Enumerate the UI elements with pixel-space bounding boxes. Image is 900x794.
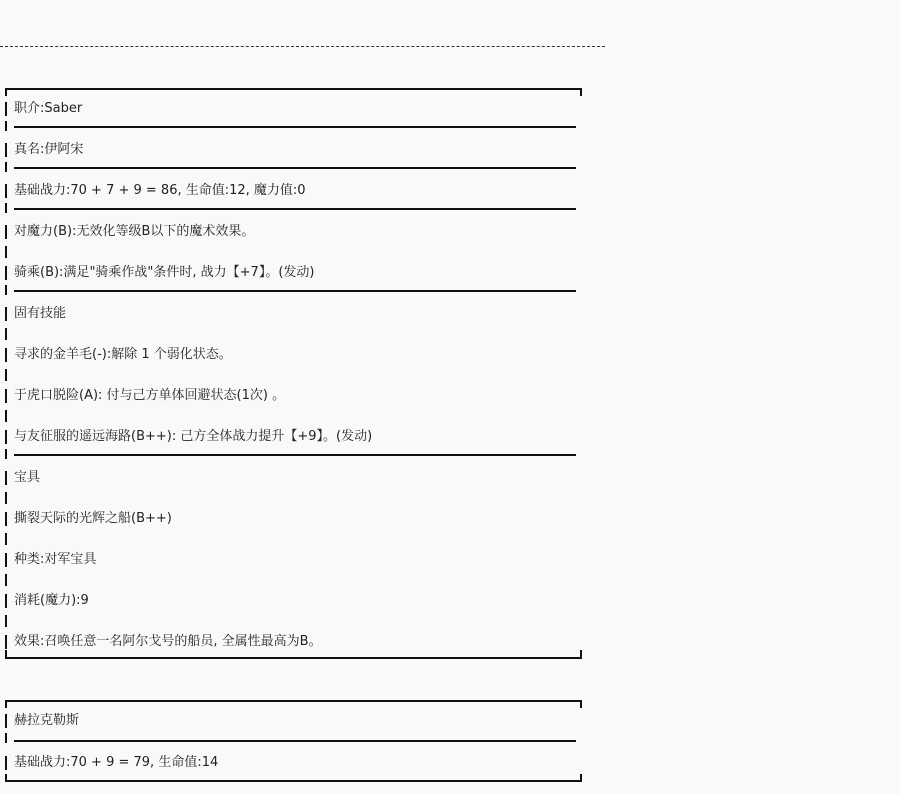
- border-segment: [5, 492, 7, 504]
- personal-skill: 寻求的金羊毛(-):解除 1 个弱化状态。: [5, 345, 232, 365]
- card-bottom-border: [5, 780, 582, 782]
- border-segment: [5, 162, 7, 172]
- summon-stats-line: 基础战力:70 + 9 = 79, 生命值:14: [5, 753, 218, 773]
- card-corner: [580, 700, 582, 708]
- noble-phantasm-header: 宝具: [5, 468, 40, 488]
- servant-card: 职介:Saber 真名:伊阿宋 基础战力:70 + 7 + 9 = 86, 生命…: [5, 88, 582, 660]
- noble-phantasm-effect: 效果:召唤任意一名阿尔戈号的船员, 全属性最高为B。: [5, 632, 322, 652]
- class-line: 职介:Saber: [5, 99, 82, 119]
- border-segment: [5, 410, 7, 422]
- border-segment: [5, 285, 7, 295]
- border-segment: [5, 328, 7, 340]
- summon-card: 赫拉克勒斯 基础战力:70 + 9 = 79, 生命值:14: [5, 700, 582, 784]
- border-segment: [5, 733, 7, 743]
- noble-phantasm-name: 撕裂天际的光辉之船(B++): [5, 509, 172, 529]
- class-skill: 对魔力(B):无效化等级B以下的魔术效果。: [5, 222, 254, 242]
- border-segment: [5, 615, 7, 627]
- border-segment: [5, 121, 7, 131]
- section-divider: [14, 454, 576, 456]
- personal-skill: 与友征服的遥远海路(B++): 己方全体战力提升【+9】。(发动): [5, 427, 372, 447]
- noble-phantasm-cost: 消耗(魔力):9: [5, 591, 89, 611]
- card-corner: [5, 88, 7, 96]
- section-divider: [14, 208, 576, 210]
- summon-name-line: 赫拉克勒斯: [5, 711, 79, 731]
- personal-skill: 于虎口脱险(A): 付与己方单体回避状态(1次) 。: [5, 386, 285, 406]
- section-divider: [14, 126, 576, 128]
- personal-skills-header: 固有技能: [5, 304, 66, 324]
- true-name-line: 真名:伊阿宋: [5, 140, 83, 160]
- border-segment: [5, 574, 7, 586]
- card-corner: [580, 88, 582, 96]
- class-skill: 骑乘(B):满足"骑乘作战"条件时, 战力【+7】。(发动): [5, 263, 314, 283]
- border-segment: [5, 246, 7, 258]
- border-segment: [5, 449, 7, 459]
- noble-phantasm-type: 种类:对军宝具: [5, 550, 96, 570]
- border-segment: [5, 203, 7, 213]
- card-top-border: [5, 88, 582, 90]
- dashed-divider: [0, 46, 605, 47]
- card-corner: [5, 700, 7, 708]
- border-segment: [5, 369, 7, 381]
- section-divider: [14, 167, 576, 169]
- card-top-border: [5, 700, 582, 702]
- section-divider: [14, 740, 576, 742]
- card-bottom-border: [5, 657, 582, 659]
- section-divider: [14, 290, 576, 292]
- border-segment: [5, 533, 7, 545]
- stats-line: 基础战力:70 + 7 + 9 = 86, 生命值:12, 魔力值:0: [5, 181, 306, 201]
